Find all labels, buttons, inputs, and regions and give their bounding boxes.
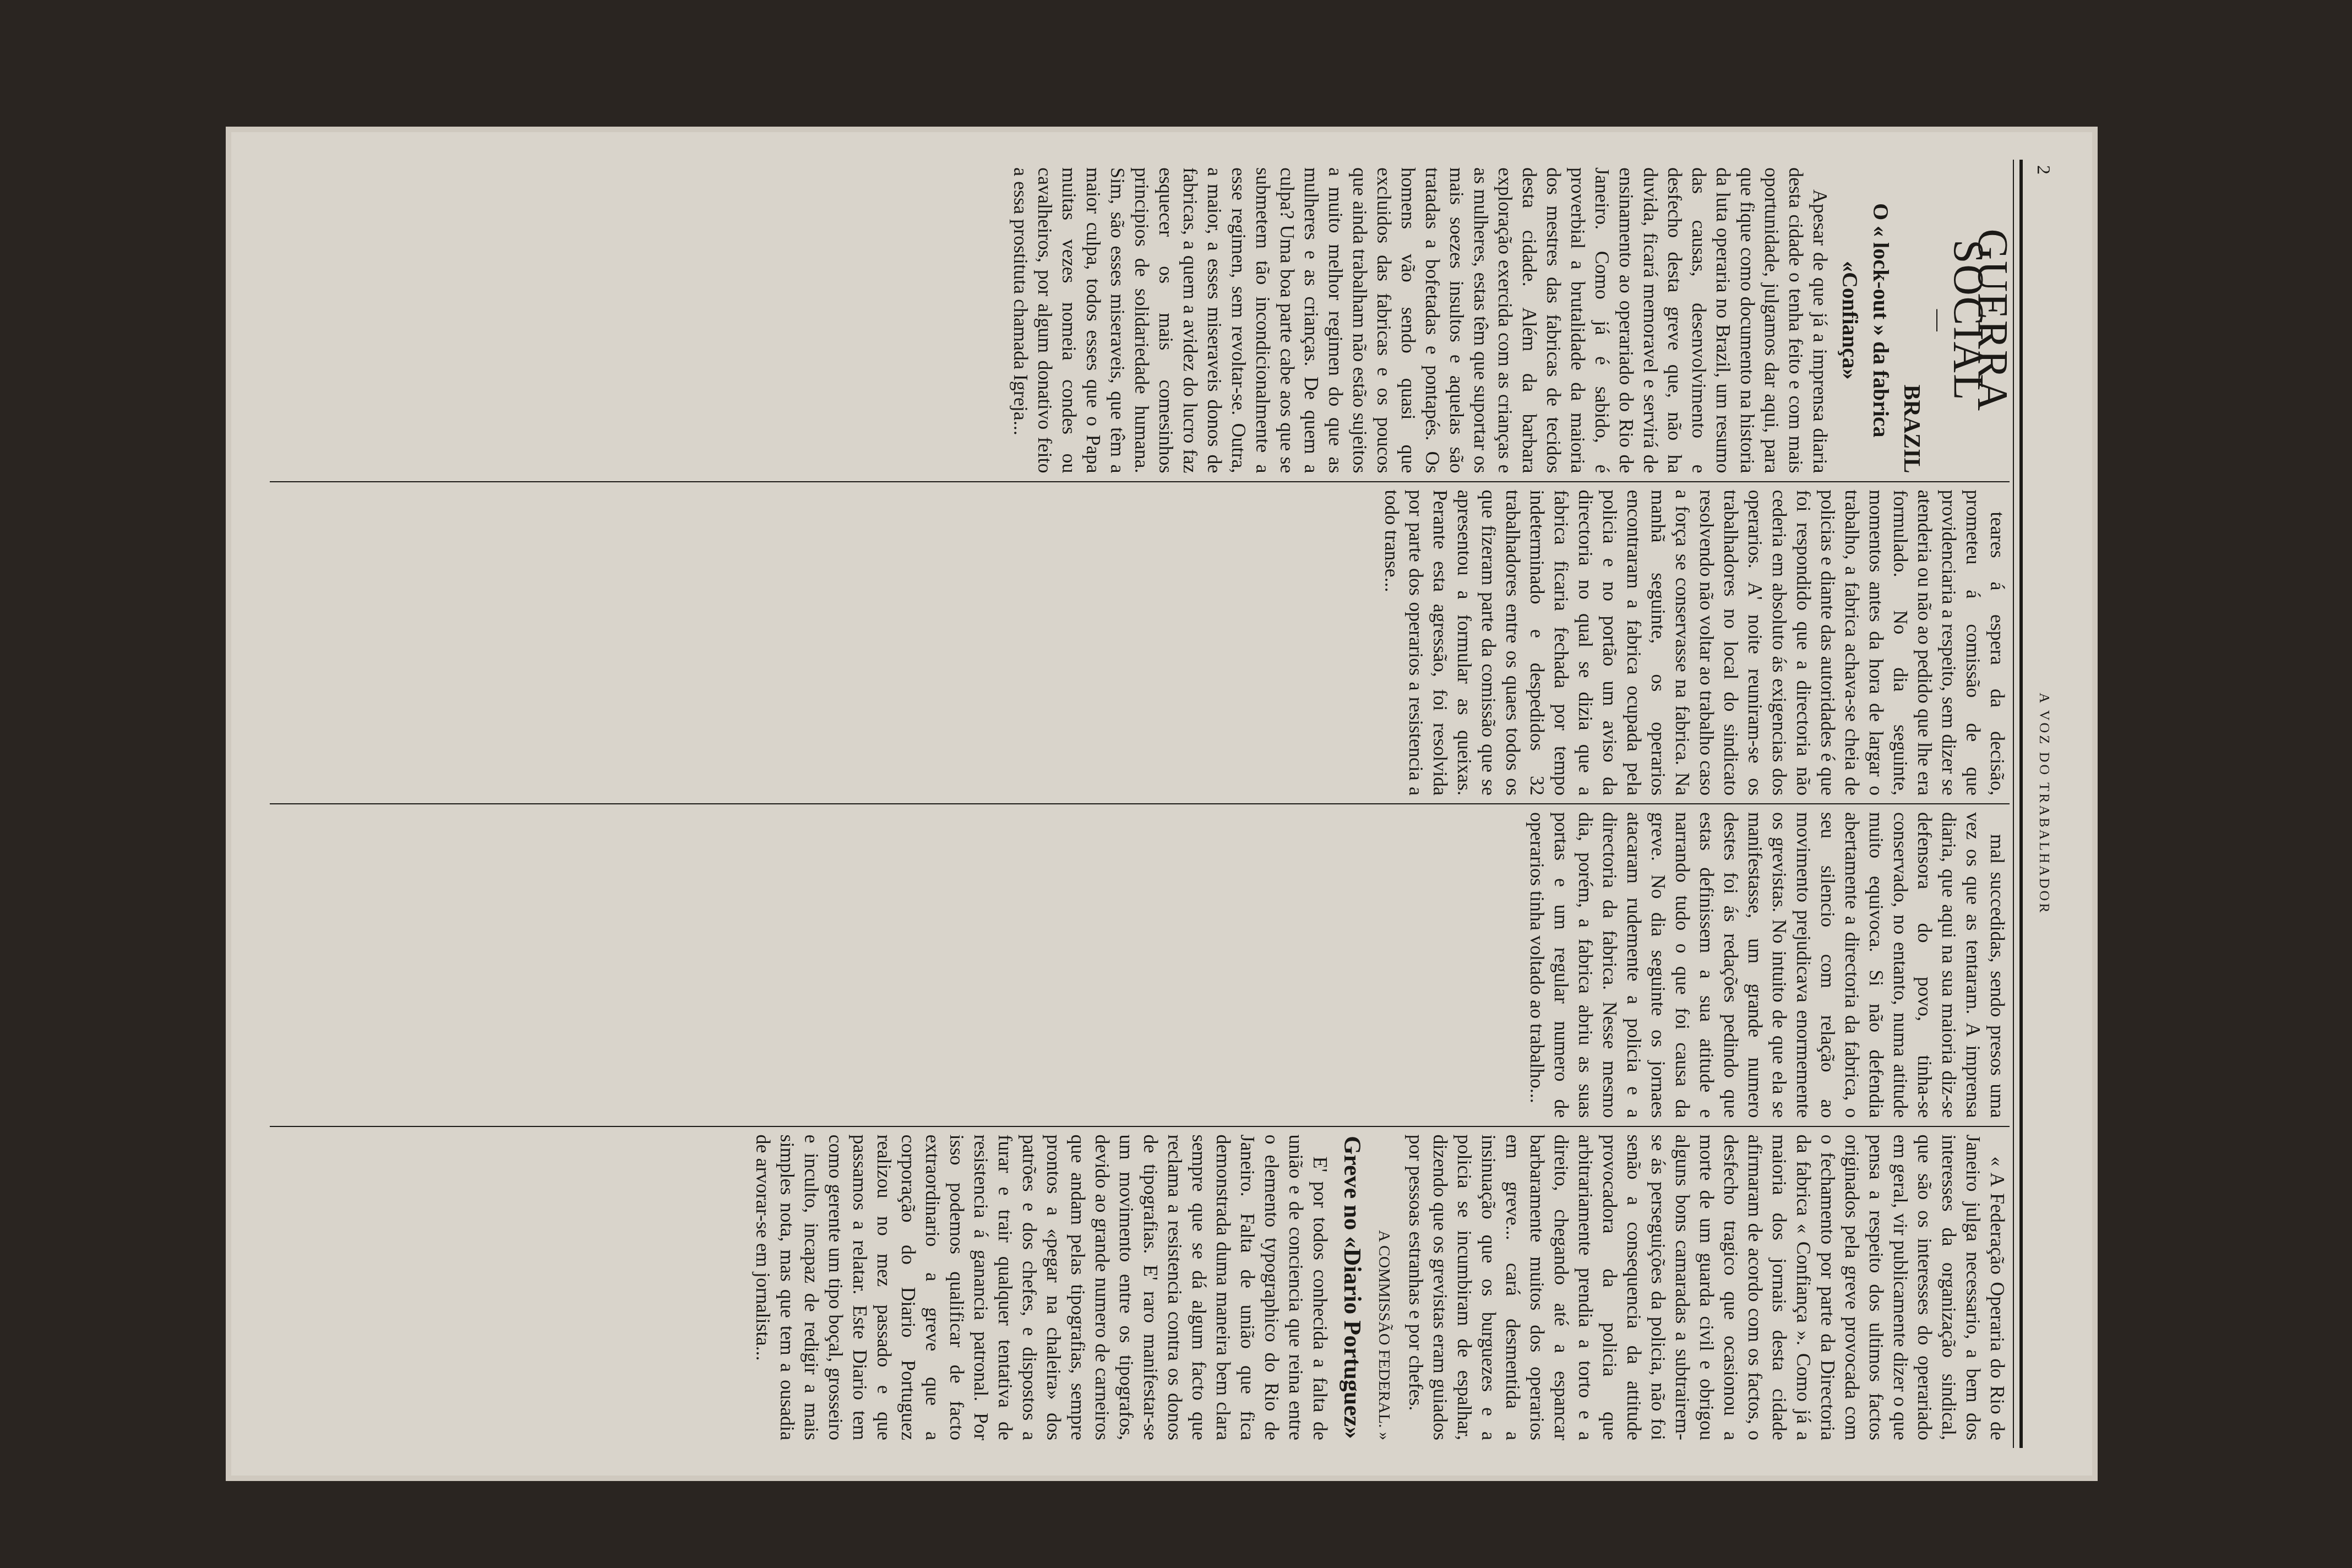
article-text: « A Federação Operaria do Rio de Janeiro… — [1404, 1135, 2010, 1441]
article-headline-2: «Confiança» — [1837, 167, 1863, 473]
article-text: teares á espera da decisão, prometeu á c… — [1380, 490, 2010, 796]
column-4: « A Federação Operaria do Rio de Janeiro… — [270, 1126, 2010, 1449]
signature: A COMMISSÃO FEDERAL. » — [1372, 1135, 1396, 1441]
columns: GUERRA SOCIAL — BRAZIL O « lock-out » da… — [270, 160, 2010, 1448]
newspaper-page: 2 A VOZ DO TRABALHADOR GUERRA SOCIAL — B… — [264, 160, 2059, 1448]
article2-text: E' por todos conhecida a falta de união … — [751, 1135, 1332, 1441]
column-2: teares á espera da decisão, prometeu á c… — [270, 481, 2010, 804]
header-rule — [2013, 160, 2023, 1448]
column-3: mal succedidas, sendo presos uma vez os … — [270, 803, 2010, 1126]
divider: — — [1927, 167, 1951, 473]
article-headline-1: O « lock-out » da fabrica — [1868, 167, 1894, 473]
section-title: GUERRA SOCIAL — [1957, 167, 2005, 473]
column-1: GUERRA SOCIAL — BRAZIL O « lock-out » da… — [270, 160, 2010, 481]
article2-headline: Greve no «Diario Portuguez» — [1340, 1135, 1364, 1441]
article-text: mal succedidas, sendo presos uma vez os … — [1525, 812, 2010, 1118]
article-text: Apesar de que já a imprensa diaria desta… — [1009, 167, 1832, 473]
running-title: A VOZ DO TRABALHADOR — [2036, 160, 2052, 1448]
page-header: 2 A VOZ DO TRABALHADOR — [2026, 160, 2059, 1448]
country-heading: BRAZIL — [1899, 167, 1924, 473]
